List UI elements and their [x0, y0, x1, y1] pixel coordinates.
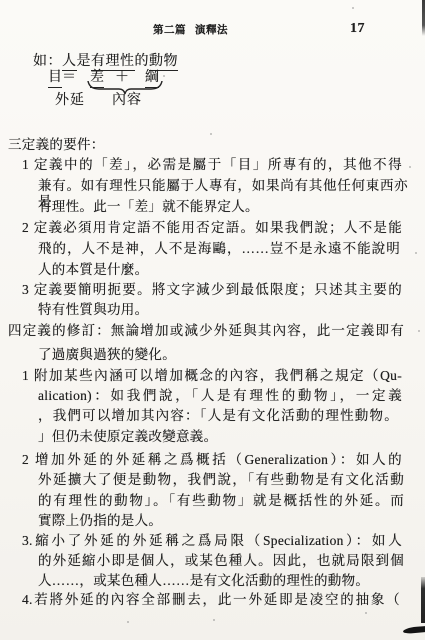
scanned-book-page: 第二篇演釋法 17 如：人是有理性的動物 目 ＝ 差 ＋ 綱 外延 內容 三定義…	[0, 0, 425, 640]
scan-speck	[163, 75, 165, 77]
text-line: 特有性質與功用。	[38, 302, 148, 318]
intension-label: 內容	[112, 89, 142, 109]
scan-speck	[127, 621, 129, 623]
text-line: 人……，或某色種人……是有文化活動的理性的動物。	[38, 573, 369, 589]
scan-speck	[365, 612, 367, 614]
text-line: 四定義的修訂：無論增加或減少外延與其內容，此一定義即有	[8, 323, 404, 339]
text-line: 兼有。如有理性只能屬于人專有，如果尚有其他任何東西亦是	[38, 178, 408, 194]
scan-speck	[213, 619, 215, 621]
page-number: 17	[350, 21, 365, 37]
term-symbol: 目	[48, 66, 62, 88]
text-line: alication)：如我們說，「人是有理性的動物」，一定義	[38, 388, 402, 404]
text-line: 飛的，人不是神，人不是海鷗，……豈不是永遠不能說明	[38, 241, 400, 257]
extension-label: 外延	[55, 89, 85, 109]
text-line: 實際上仍指的是人。	[38, 513, 162, 529]
scan-speck	[409, 166, 411, 168]
text-line: 1 定義中的「差」，必需是屬于「目」所專有的，其他不得	[22, 157, 402, 173]
scan-edge-mark-bottom-right	[421, 577, 425, 623]
text-line: 」但仍未使原定義改變意義。	[38, 429, 217, 445]
text-line: 1 附加某些內涵可以增加概念的內容，我們稱之規定（Qu-	[22, 368, 402, 384]
text-line: 3.縮小了外延的外延稱之爲局限（Specialization）：如人	[22, 533, 402, 549]
chapter-title: 演釋法	[195, 25, 228, 36]
text-line: 人的本質是什麼。	[38, 262, 148, 278]
text-line: 外延擴大了便是動物，我們說，「有些動物是有文化活動	[38, 472, 404, 488]
text-line: 2 定義必須用肯定語不能用否定語。如果我們說；人不是能	[22, 220, 402, 236]
scan-speck	[333, 457, 335, 459]
page-curl-shadow	[403, 626, 425, 634]
text-line: 的有理性的動物」。「有些動物」就是概括性的外延。而	[38, 493, 404, 509]
text-line: 4.若將外延的內容全部刪去，此一外延即是凌空的抽象（	[22, 592, 400, 608]
equals-sign: ＝	[62, 66, 76, 86]
text-line: 了過廣與過狹的變化。	[38, 347, 176, 363]
text-line: 2 增加外延的外延稱之爲概括（Generalization）：如人的	[22, 452, 402, 468]
scan-speck	[352, 7, 354, 9]
section-label: 第二篇	[153, 25, 186, 36]
running-header: 第二篇演釋法	[153, 22, 228, 37]
text-line: 三定義的要件：	[8, 137, 105, 153]
copula: 是	[77, 54, 92, 69]
text-line: 3 定義要簡明扼要。將文字減少到最低限度；只述其主要的	[22, 282, 402, 298]
scan-speck	[418, 330, 420, 332]
scan-speck	[415, 252, 417, 254]
text-line: ，我們可以增加其內容：「人是有文化活動的理性動物。	[38, 408, 398, 424]
text-line: 有理性。此一「差」就不能界定人。	[38, 199, 259, 215]
scan-speck	[210, 133, 212, 135]
text-line: 的外延縮小即是個人，或某色種人。因此，也就局限到個	[38, 553, 404, 569]
